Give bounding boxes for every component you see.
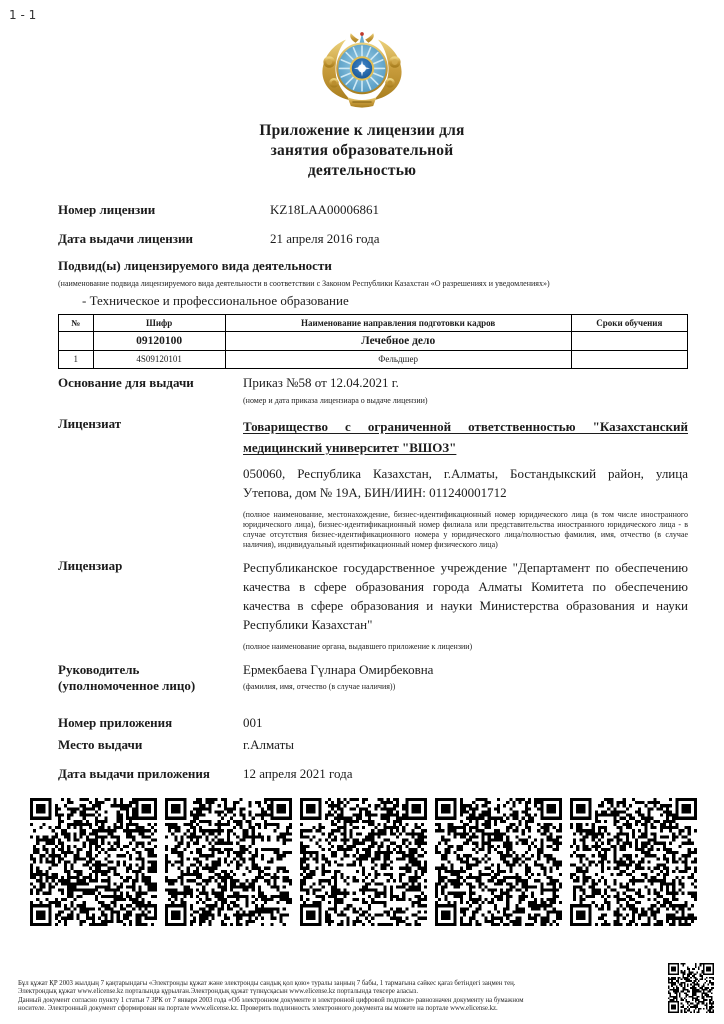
annex-date-row: Дата выдачи приложения 12 апреля 2021 го… [58,766,688,782]
license-date-label: Дата выдачи лицензии [58,231,270,247]
license-date-value: 21 апреля 2016 года [270,231,380,247]
elicense-verification-qr-code [668,963,714,1013]
license-number-value: KZ18LAA00006861 [270,202,379,218]
annex-place-label: Место выдачи [58,737,243,753]
subtype-note: (наименование подвида лицензируемого вид… [58,279,688,289]
group-code: 09120100 [93,332,225,351]
basis-row: Основание для выдачи Приказ №58 от 12.04… [58,375,688,406]
license-date-row: Дата выдачи лицензии 21 апреля 2016 года [58,231,688,247]
signature-qr-code-1 [30,798,157,926]
footer-line-ru-1: Данный документ согласно пункту 1 статьи… [18,997,660,1006]
emblem-container [0,0,724,115]
row-code: 4S09120101 [93,351,225,369]
signature-qr-code-4 [435,798,562,926]
footer-qr-container [668,963,714,1018]
signature-qr-code-2 [165,798,292,926]
licensor-row: Лицензиар Республиканское государственно… [58,558,688,652]
group-num [59,332,94,351]
licensee-address: 050060, Республика Казахстан, г.Алматы, … [243,464,688,502]
footer-legal-text: Бұл құжат ҚР 2003 жылдың 7 қаңтарындағы … [18,980,660,1018]
footer-line-ru-2: носителе. Электронный документ сформиров… [18,1005,660,1014]
annex-date-label: Дата выдачи приложения [58,766,243,782]
basis-note: (номер и дата приказа лицензиара о выдач… [243,396,688,406]
footer-line-kk-1: Бұл құжат ҚР 2003 жылдың 7 қаңтарындағы … [18,980,660,989]
annex-date-value: 12 апреля 2021 года [243,766,353,782]
signature-qr-strip [30,798,697,926]
row-num: 1 [59,351,94,369]
annex-number-label: Номер приложения [58,715,243,731]
annex-number-value: 001 [243,715,263,731]
document-page: 1 - 1 [0,0,724,1024]
licensor-value: Республиканское государственное учрежден… [243,558,688,634]
page-number-marker: 1 - 1 [9,8,36,22]
subtype-heading: Подвид(ы) лицензируемого вида деятельнос… [58,258,688,274]
licensee-label: Лицензиат [58,416,243,432]
licensee-row: Лицензиат Товарищество с ограниченной от… [58,416,688,550]
group-term [571,332,687,351]
subtype-item: - Техническое и профессиональное образов… [82,293,688,309]
header-num: № [59,315,94,332]
table-row: 1 4S09120101 Фельдшер [59,351,688,369]
footer: Бұл құжат ҚР 2003 жылдың 7 қаңтарындағы … [18,963,714,1018]
head-value: Ермекбаева Гүлнара Омирбековна [243,662,688,678]
licensee-name: Товарищество с ограниченной ответственно… [243,416,688,458]
license-number-row: Номер лицензии KZ18LAA00006861 [58,202,688,218]
annex-number-row: Номер приложения 001 [58,715,688,731]
basis-label: Основание для выдачи [58,375,243,391]
licensor-note: (полное наименование органа, выдавшего п… [243,642,688,652]
license-number-label: Номер лицензии [58,202,270,218]
row-name: Фельдшер [225,351,571,369]
programs-table: № Шифр Наименование направления подготов… [58,314,688,369]
kazakhstan-emblem-icon [314,30,410,110]
licensor-label: Лицензиар [58,558,243,574]
header-name: Наименование направления подготовки кадр… [225,315,571,332]
header-code: Шифр [93,315,225,332]
signature-qr-code-5 [570,798,697,926]
row-term [571,351,687,369]
table-group-row: 09120100 Лечебное дело [59,332,688,351]
header-term: Сроки обучения [571,315,687,332]
programs-table-header-row: № Шифр Наименование направления подготов… [59,315,688,332]
footer-line-kk-2: Электрондық құжат www.elicense.kz портал… [18,988,660,997]
head-note: (фамилия, имя, отчество (в случае наличи… [243,682,688,692]
licensee-note: (полное наименование, местонахождение, б… [243,510,688,550]
signature-qr-code-3 [300,798,427,926]
group-name: Лечебное дело [225,332,571,351]
basis-value: Приказ №58 от 12.04.2021 г. [243,375,688,391]
document-title: Приложение к лицензии для занятия образо… [0,121,724,181]
annex-place-row: Место выдачи г.Алматы [58,737,688,753]
annex-place-value: г.Алматы [243,737,294,753]
head-label: Руководитель (уполномоченное лицо) [58,662,243,694]
head-row: Руководитель (уполномоченное лицо) Ермек… [58,662,688,694]
